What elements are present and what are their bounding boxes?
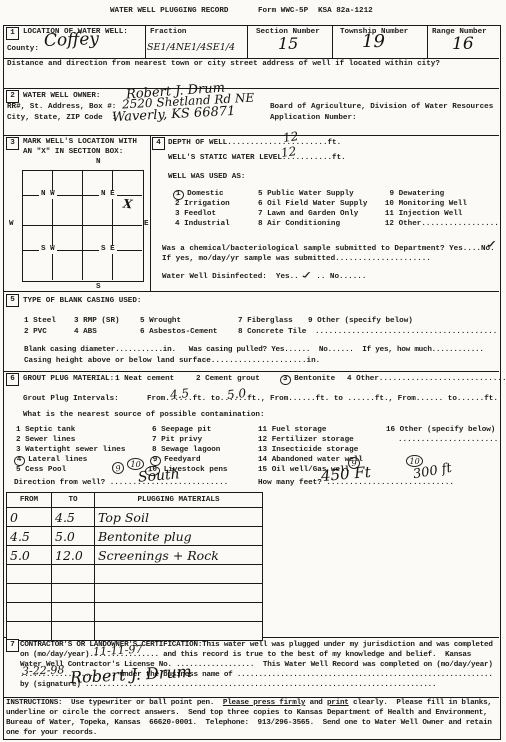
to-value: 4.5	[55, 510, 75, 525]
section3-title-line2: AN "X" IN SECTION BOX:	[23, 149, 123, 157]
sample-no-checkmark: ✓	[483, 240, 503, 251]
casing-other-dots: ........................................	[315, 329, 497, 337]
quarter-label-se: S E	[99, 246, 117, 254]
quarter-label-sw: S W	[39, 246, 57, 254]
rule-s1	[3, 58, 499, 59]
grout-from1-value: 4.5	[169, 387, 189, 401]
quarter-label-nw: N W	[39, 191, 57, 199]
s1-col-divider-1	[145, 25, 146, 58]
casing-option-rmp: 3 RMP (SR)	[74, 318, 120, 326]
use-option-irrigation: 2 Irrigation	[175, 201, 230, 209]
contam-watertight-sewer: 3 Watertight sewer lines	[16, 447, 125, 455]
circled-grout-3: 3	[280, 375, 291, 385]
county-value: Coffey	[44, 31, 100, 50]
use-option-dewatering: 9 Dewatering	[383, 191, 444, 199]
depth-of-well-label: DEPTH OF WELL......................ft.	[168, 140, 341, 148]
grout-option-bentonite: 3 Bentonite	[281, 376, 335, 384]
table-row	[7, 622, 263, 641]
date-plugged-value: 11-11-97	[93, 644, 143, 658]
casing-diameter-line: Blank casing diameter...........in. Was …	[24, 347, 484, 355]
fraction-label: Fraction	[150, 29, 186, 37]
application-number-label: Application Number:	[270, 115, 357, 123]
from-value: 4.5	[10, 529, 30, 544]
form-number: Form WWC-5P	[258, 8, 308, 16]
table-row: 4.55.0Bentonite plug	[7, 527, 263, 546]
section1-numbox: 1	[6, 27, 19, 40]
material-value: Screenings + Rock	[98, 548, 219, 563]
section2-numbox: 2	[6, 90, 19, 103]
contam-pit-privy: 7 Pit privy	[152, 437, 202, 445]
casing-option-asbestos: 6 Asbestos-Cement	[140, 329, 217, 337]
contam-feedyard: 9 Feedyard	[151, 457, 201, 465]
township-number-value: 19	[362, 33, 385, 51]
instructions-line4: one for your records.	[6, 730, 97, 738]
rule-s34	[3, 291, 499, 292]
sample-date-line: If yes, mo/day/yr sample was submitted..…	[162, 256, 431, 264]
casing-option-abs: 4 ABS	[74, 329, 97, 337]
casing-option-steel: 1 Steel	[24, 318, 56, 326]
well-location-x-mark: X	[122, 198, 133, 211]
instructions-line3: Bureau of Water, Topeka, Kansas 66620-00…	[6, 720, 492, 728]
fraction-value: SE1/4NE1/4SE1/4	[147, 43, 235, 53]
circled-use-1: 1	[173, 190, 184, 200]
contam-sewage-lagoon: 8 Sewage lagoon	[152, 447, 220, 455]
compass-west: W	[9, 221, 14, 229]
rule-s2	[3, 135, 499, 136]
rule-s5	[3, 371, 499, 372]
casing-option-fiberglass: 7 Fiberglass	[238, 318, 293, 326]
county-label: County:	[7, 46, 39, 54]
section3-numbox: 3	[6, 137, 19, 150]
static-water-level-value: 12	[280, 145, 297, 159]
instructions-line2: underline or circle the correct answers.…	[6, 710, 487, 718]
col-header-from: FROM	[7, 493, 52, 508]
agency-label: Board of Agriculture, Division of Water …	[270, 104, 493, 112]
casing-option-pvc: 2 PVC	[24, 329, 47, 337]
use-option-feedlot: 3 Feedlot	[175, 211, 216, 219]
date-record-completed-value: 3-22-98	[22, 664, 65, 676]
section-box-grid	[22, 170, 144, 282]
circled-contam-4: 4	[14, 456, 25, 466]
contamination-question: What is the nearest source of possible c…	[23, 412, 265, 420]
col-header-to: TO	[52, 493, 95, 508]
contam-seepage-pit: 6 Seepage pit	[152, 427, 211, 435]
rule-s7	[3, 697, 499, 698]
section5-numbox: 5	[6, 294, 19, 307]
grout-intervals-line: From......ft. to......ft., From......ft.…	[147, 396, 498, 404]
contam-sewer-lines: 2 Sewer lines	[16, 437, 75, 445]
quarter-label-ne: N E	[99, 191, 117, 199]
section6-numbox: 6	[6, 373, 19, 386]
distance-question: Distance and direction from nearest town…	[7, 61, 440, 69]
contam-lateral-lines: 4 Lateral lines	[15, 457, 87, 465]
underlined-print: print	[327, 699, 349, 707]
circled-contam-9: 9	[150, 456, 161, 466]
grid-h2	[22, 225, 142, 226]
owner-label: WATER WELL OWNER:	[23, 93, 100, 101]
to-value: 5.0	[55, 529, 75, 544]
casing-option-concrete: 8 Concrete Tile	[238, 329, 306, 337]
s1-col-divider-3	[332, 25, 333, 58]
s34-divider	[150, 135, 151, 291]
contam-cess-pool: 5 Cess Pool	[16, 467, 66, 475]
statute-number: KSA 82a-1212	[318, 8, 373, 16]
contam-fertilizer-storage: 12 Fertilizer storage	[258, 437, 354, 445]
rule-distance	[3, 88, 499, 89]
use-option-industrial: 4 Industrial	[175, 221, 230, 229]
well-used-as-label: WELL WAS USED AS:	[168, 174, 245, 182]
use-option-oil-field: 6 Oil Field Water Supply	[258, 201, 367, 209]
s1-col-divider-4	[427, 25, 428, 58]
material-value: Bentonite plug	[98, 529, 192, 544]
sample-question: Was a chemical/bacteriological sample su…	[162, 246, 495, 254]
disinfected-line: Water Well Disinfected: Yes..✓.. No.....…	[162, 272, 366, 282]
static-water-level-label: WELL'S STATIC WATER LEVEL...........ft.	[168, 155, 346, 163]
table-row	[7, 565, 263, 584]
depth-of-well-value: 12	[282, 130, 299, 144]
material-value: Top Soil	[98, 510, 149, 525]
use-option-other: 12 Other.................	[383, 221, 499, 229]
table-row: 04.5Top Soil	[7, 508, 263, 527]
section4-numbox: 4	[152, 137, 165, 150]
contam-other: 16 Other (specify below)	[386, 427, 495, 435]
section5-title: TYPE OF BLANK CASING USED:	[23, 298, 141, 306]
from-value: 0	[10, 510, 18, 525]
contam-other-dots: .......................	[398, 437, 503, 445]
plug-table-header-row: FROM TO PLUGGING MATERIALS	[7, 493, 263, 508]
address-label: RR#, St. Address, Box #:	[7, 104, 116, 112]
use-option-domestic: 1 Domestic	[174, 191, 224, 199]
section3-title-line1: MARK WELL'S LOCATION WITH	[23, 139, 137, 147]
use-option-lawn-garden: 7 Lawn and Garden Only	[258, 211, 358, 219]
disinfected-yes-checkmark: ✓	[298, 271, 318, 282]
direction-annotation-10: 10	[127, 458, 144, 470]
city-label: City, State, ZIP Code :	[7, 115, 116, 123]
range-number-value: 16	[452, 36, 474, 53]
certification-line1: CONTRACTOR'S OR LANDOWNER'S CERTIFICATIO…	[20, 642, 493, 650]
contam-septic-tank: 1 Septic tank	[16, 427, 75, 435]
use-option-monitoring: 10 Monitoring Well	[383, 201, 467, 209]
use-option-air-conditioning: 8 Air Conditioning	[258, 221, 340, 229]
compass-south: S	[96, 284, 101, 292]
col-header-materials: PLUGGING MATERIALS	[95, 493, 263, 508]
plugging-materials-table: FROM TO PLUGGING MATERIALS 04.5Top Soil …	[6, 492, 263, 641]
table-row	[7, 603, 263, 622]
s1-col-divider-2	[247, 25, 248, 58]
casing-option-other: 9 Other (specify below)	[308, 318, 413, 326]
contam-fuel-storage: 11 Fuel storage	[258, 427, 326, 435]
direction-from-well-label: Direction from well? ...................…	[14, 480, 228, 488]
use-option-public-water: 5 Public Water Supply	[258, 191, 354, 199]
grout-option-cement-grout: 2 Cement grout	[196, 376, 260, 384]
feet-value-1: 450 Ft	[320, 465, 371, 484]
casing-height-line: Casing height above or below land surfac…	[24, 358, 320, 366]
section7-numbox: 7	[6, 639, 19, 652]
grout-option-neat-cement: 1 Neat cement	[115, 376, 174, 384]
grout-intervals-label: Grout Plug Intervals:	[23, 396, 119, 404]
form-title: WATER WELL PLUGGING RECORD	[110, 8, 228, 16]
to-value: 12.0	[55, 548, 83, 563]
water-well-plugging-record-form: WATER WELL PLUGGING RECORD Form WWC-5P K…	[0, 0, 506, 742]
direction-value: South	[137, 467, 180, 485]
grout-option-other: 4 Other..............................	[347, 376, 506, 384]
grout-material-label: GROUT PLUG MATERIAL:	[23, 376, 114, 384]
contam-insecticide-storage: 13 Insecticide storage	[258, 447, 358, 455]
section-number-value: 15	[278, 36, 298, 52]
instructions-line1: INSTRUCTIONS: Use typewriter or ball poi…	[6, 700, 492, 708]
table-row	[7, 584, 263, 603]
compass-north: N	[96, 159, 101, 167]
table-row: 5.012.0Screenings + Rock	[7, 546, 263, 565]
grout-to1-value: 5.0	[226, 387, 246, 401]
underlined-press-firmly: Please press firmly	[223, 699, 305, 707]
casing-option-wrought: 5 Wrought	[140, 318, 181, 326]
from-value: 5.0	[10, 548, 30, 563]
certification-line2: on (mo/day/year)................ and thi…	[20, 652, 471, 660]
compass-east: E	[144, 221, 149, 229]
use-option-injection: 11 Injection Well	[383, 211, 462, 219]
